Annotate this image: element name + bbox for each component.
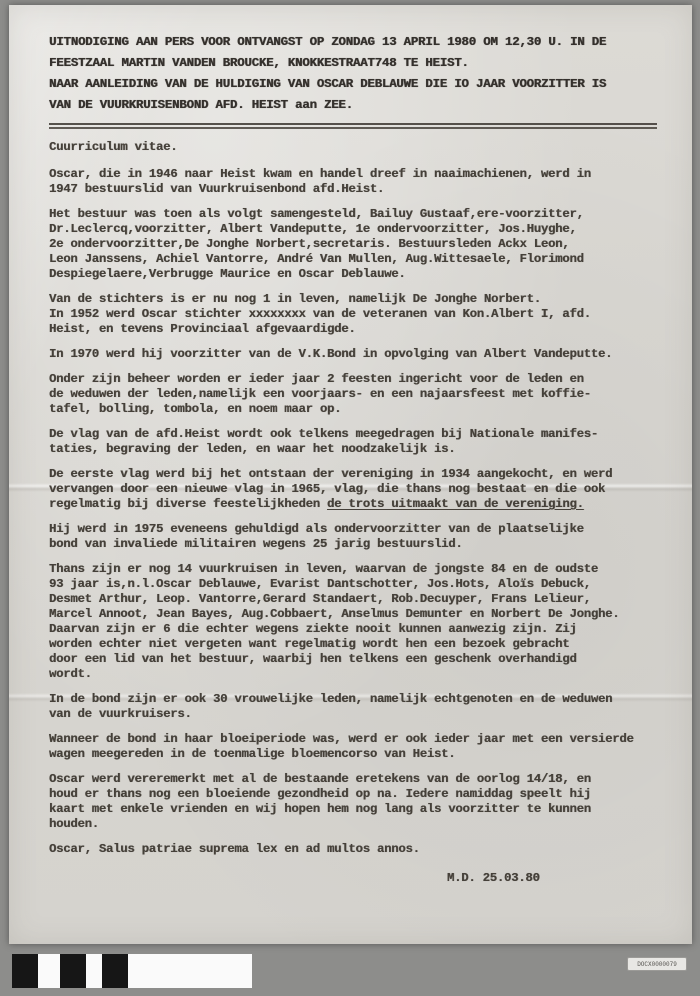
calibration-bar-white <box>128 954 252 988</box>
curriculum-vitae-heading: Cuurriculum vitae. <box>49 140 671 155</box>
header-separator <box>49 123 657 129</box>
inventory-label: DOCX0000079 <box>627 957 687 971</box>
calibration-square-white <box>86 954 102 988</box>
paragraph-flag: De eerste vlag werd bij het ontstaan der… <box>49 467 671 512</box>
paragraph: Hij werd in 1975 eveneens gehuldigd als … <box>49 522 671 552</box>
calibration-square-black <box>60 954 86 988</box>
paragraph: Oscar, die in 1946 naar Heist kwam en ha… <box>49 167 671 197</box>
paragraph: In 1970 werd hij voorzitter van de V.K.B… <box>49 347 671 362</box>
paragraph: Van de stichters is er nu nog 1 in leven… <box>49 292 671 337</box>
paragraph: De vlag van de afd.Heist wordt ook telke… <box>49 427 671 457</box>
calibration-strip <box>12 954 252 988</box>
paragraph: Thans zijn er nog 14 vuurkruisen in leve… <box>49 562 671 682</box>
paragraph: Het bestuur was toen als volgt samengest… <box>49 207 671 282</box>
paragraph: Onder zijn beheer worden er ieder jaar 2… <box>49 372 671 417</box>
scanned-document: UITNODIGING AAN PERS VOOR ONTVANGST OP Z… <box>9 5 692 944</box>
scan-background: { "document": { "header": "UITNODIGING A… <box>0 0 700 996</box>
calibration-square-black <box>102 954 128 988</box>
document-header: UITNODIGING AAN PERS VOOR ONTVANGST OP Z… <box>49 32 665 116</box>
signature-date: M.D. 25.03.80 <box>447 871 664 886</box>
underlined-phrase: de trots uitmaakt van de vereniging. <box>327 497 584 511</box>
paragraph: Oscar werd vereremerkt met al de bestaan… <box>49 772 671 832</box>
paragraph: In de bond zijn er ook 30 vrouwelijke le… <box>49 692 671 722</box>
paragraph: Wanneer de bond in haar bloeiperiode was… <box>49 732 671 762</box>
calibration-square-white <box>38 954 60 988</box>
calibration-square-black <box>12 954 38 988</box>
motto-line: Oscar, Salus patriae suprema lex en ad m… <box>49 842 671 857</box>
